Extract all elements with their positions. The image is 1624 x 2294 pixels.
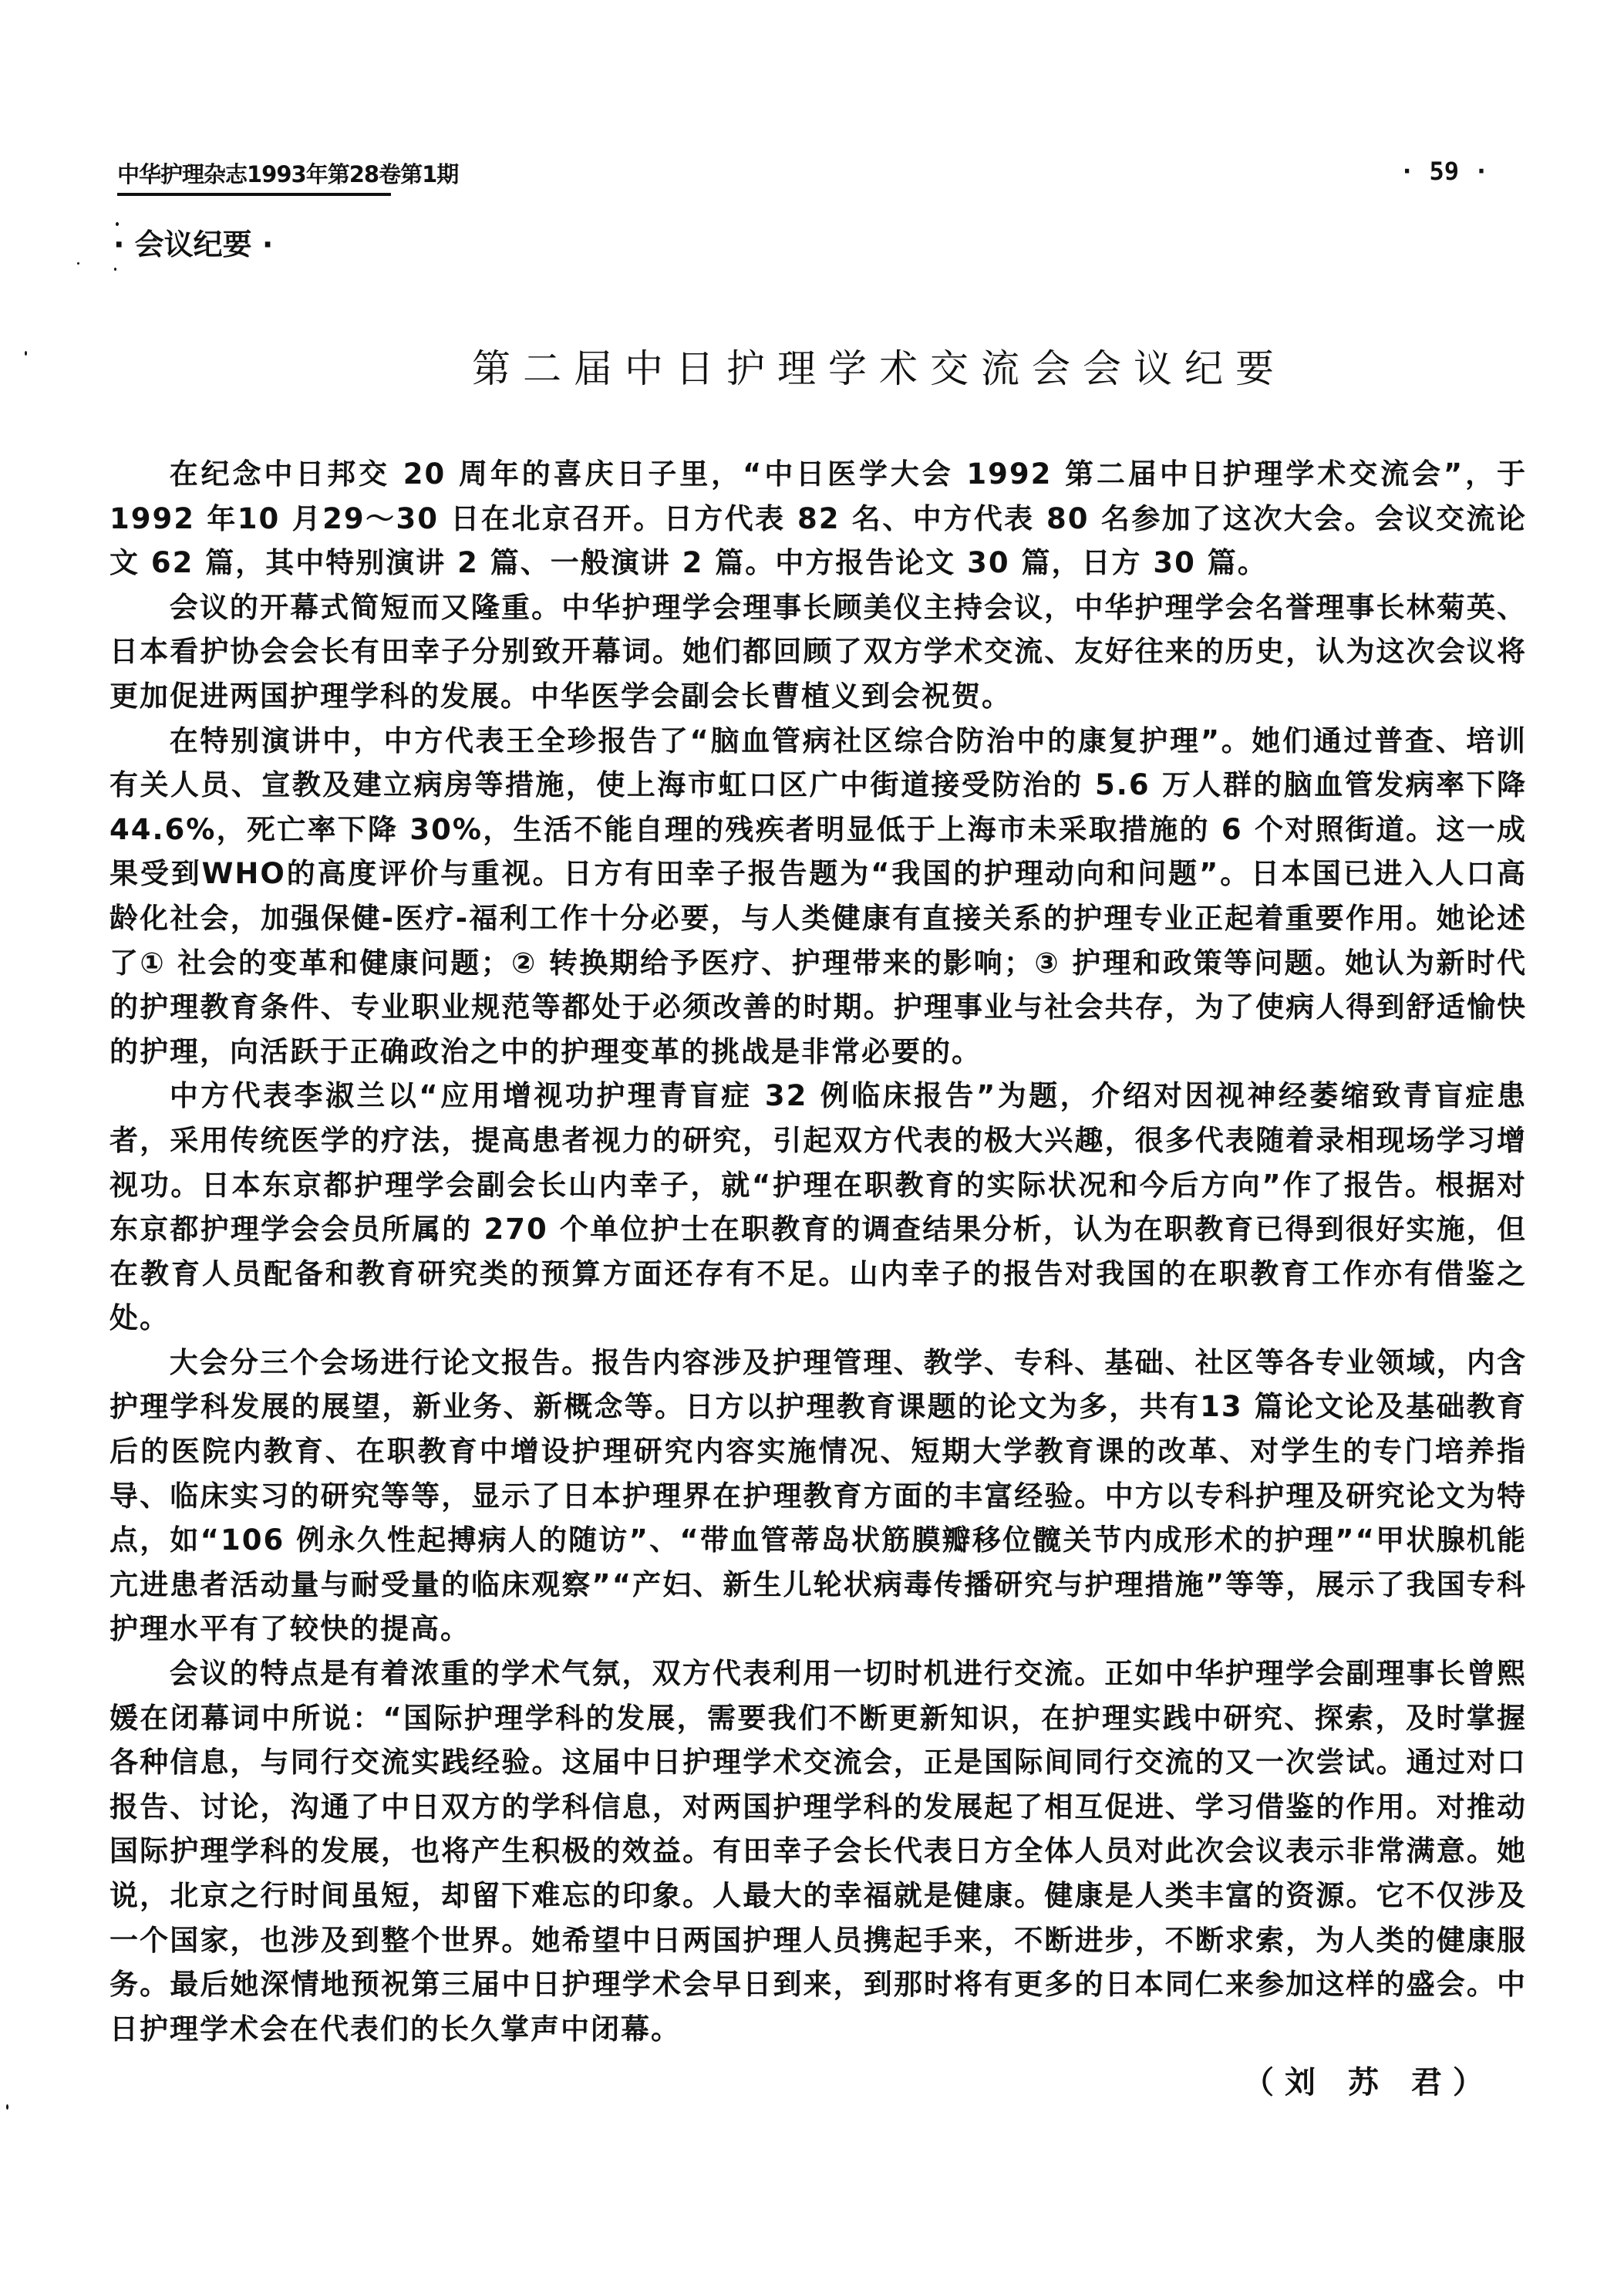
scan-speck bbox=[77, 262, 79, 265]
paragraph-ceremony: 会议的开幕式简短而又隆重。中华护理学会理事长顾美仪主持会议，中华护理学会名誉理事… bbox=[110, 585, 1527, 719]
scan-speck bbox=[116, 222, 119, 226]
paragraph-closing: 会议的特点是有着浓重的学术气氛，双方代表利用一切时机进行交流。正如中华护理学会副… bbox=[110, 1651, 1527, 2051]
paragraph-general-lectures: 中方代表李淑兰以“应用增视功护理青盲症 32 例临床报告”为题，介绍对因视神经萎… bbox=[110, 1074, 1527, 1341]
author-signature: （刘 苏 君） bbox=[1243, 2061, 1494, 2104]
scan-speck bbox=[6, 2104, 8, 2110]
paragraph-opening: 在纪念中日邦交 20 周年的喜庆日子里，“中日医学大会 1992 第二届中日护理… bbox=[110, 452, 1527, 585]
page-number: · 59 · bbox=[1400, 154, 1489, 188]
article-title: 第二届中日护理学术交流会会议纪要 bbox=[472, 346, 1189, 392]
scan-speck bbox=[25, 351, 27, 356]
scan-speck bbox=[114, 268, 116, 271]
running-head-journal-issue: 中华护理杂志1993年第28卷第1期 bbox=[117, 159, 391, 196]
article-body: 在纪念中日邦交 20 周年的喜庆日子里，“中日医学大会 1992 第二届中日护理… bbox=[110, 452, 1527, 2051]
paragraph-paper-sessions: 大会分三个会场进行论文报告。报告内容涉及护理管理、教学、专科、基础、社区等各专业… bbox=[110, 1341, 1527, 1651]
paragraph-special-lectures: 在特别演讲中，中方代表王全珍报告了“脑血管病社区综合防治中的康复护理”。她们通过… bbox=[110, 719, 1527, 1074]
section-label: · 会议纪要 · bbox=[113, 225, 273, 264]
